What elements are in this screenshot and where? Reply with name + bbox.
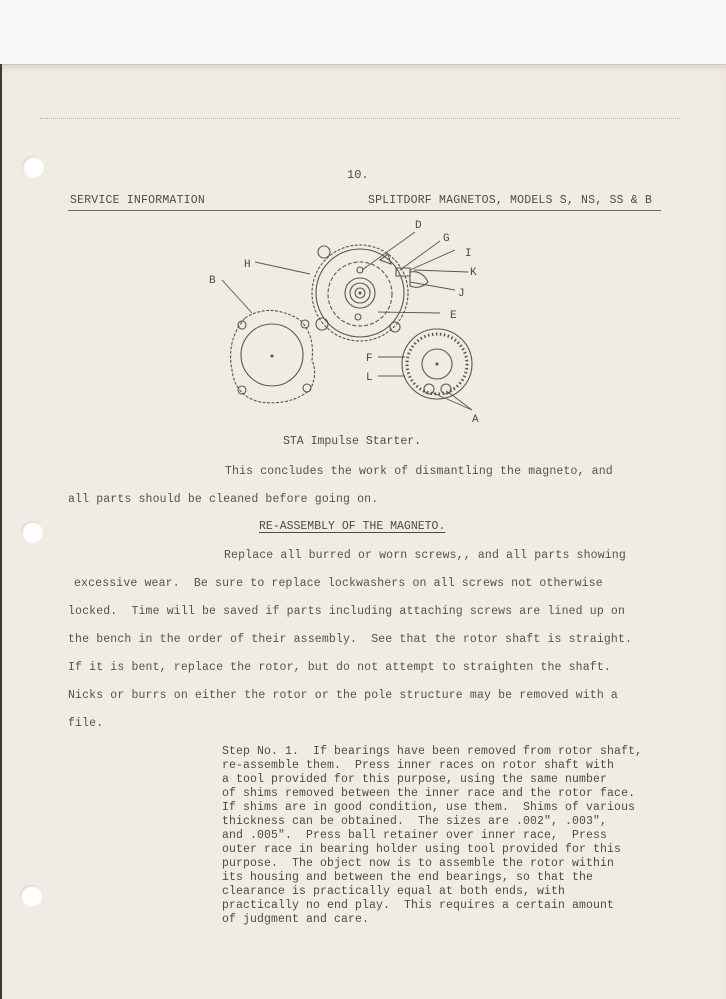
body-line: Nicks or burrs on either the rotor or th… bbox=[68, 689, 618, 702]
section-title: RE-ASSEMBLY OF THE MAGNETO. bbox=[259, 520, 445, 533]
label-j: J bbox=[458, 288, 465, 300]
step-line: its housing and between the end bearings… bbox=[222, 871, 593, 884]
step-line: thickness can be obtained. The sizes are… bbox=[222, 815, 607, 828]
page-number: 10. bbox=[347, 168, 369, 182]
intro-line: This concludes the work of dismantling t… bbox=[225, 465, 613, 478]
label-k: K bbox=[470, 267, 477, 279]
label-l: L bbox=[366, 372, 373, 384]
punch-hole bbox=[21, 521, 43, 543]
label-i: I bbox=[465, 248, 472, 260]
plate-part bbox=[231, 310, 315, 402]
header-right: SPLITDORF MAGNETOS, MODELS S, NS, SS & B bbox=[368, 194, 652, 207]
step-line: re-assemble them. Press inner races on r… bbox=[222, 759, 614, 772]
impulse-starter-diagram: H B D G I K J E F L A bbox=[200, 210, 500, 430]
body-line: the bench in the order of their assembly… bbox=[68, 633, 632, 646]
step-line: and .005". Press ball retainer over inne… bbox=[222, 829, 607, 842]
label-g: G bbox=[443, 233, 450, 245]
label-f: F bbox=[366, 353, 373, 365]
step-line: Step No. 1. If bearings have been remove… bbox=[222, 745, 642, 758]
scan-background bbox=[0, 0, 726, 64]
step-line: a tool provided for this purpose, using … bbox=[222, 773, 607, 786]
body-line: Replace all burred or worn screws,, and … bbox=[224, 549, 626, 562]
label-b: B bbox=[209, 275, 216, 287]
step-line: of judgment and care. bbox=[222, 913, 369, 926]
step-line: If shims are in good condition, use them… bbox=[222, 801, 635, 814]
figure-caption: STA Impulse Starter. bbox=[283, 435, 421, 448]
label-h: H bbox=[244, 259, 251, 271]
body-line: excessive wear. Be sure to replace lockw… bbox=[74, 577, 603, 590]
intro-line: all parts should be cleaned before going… bbox=[68, 493, 378, 506]
step-line: clearance is practically equal at both e… bbox=[222, 885, 565, 898]
step-line: practically no end play. This requires a… bbox=[222, 899, 614, 912]
housing-part bbox=[312, 245, 428, 341]
punch-hole bbox=[20, 885, 42, 907]
label-a: A bbox=[472, 414, 479, 426]
body-line: file. bbox=[68, 717, 103, 730]
body-line: locked. Time will be saved if parts incl… bbox=[68, 605, 625, 618]
step-line: purpose. The object now is to assemble t… bbox=[222, 857, 614, 870]
step-line: of shims removed between the inner race … bbox=[222, 787, 635, 800]
step-line: outer race in bearing holder using tool … bbox=[222, 843, 621, 856]
label-d: D bbox=[415, 220, 422, 232]
scan-artifact-line bbox=[40, 118, 680, 120]
body-line: If it is bent, replace the rotor, but do… bbox=[68, 661, 611, 674]
label-e: E bbox=[450, 310, 457, 322]
punch-hole bbox=[22, 156, 44, 178]
ratchet-disc-part bbox=[402, 329, 472, 399]
header-left: SERVICE INFORMATION bbox=[70, 194, 205, 207]
